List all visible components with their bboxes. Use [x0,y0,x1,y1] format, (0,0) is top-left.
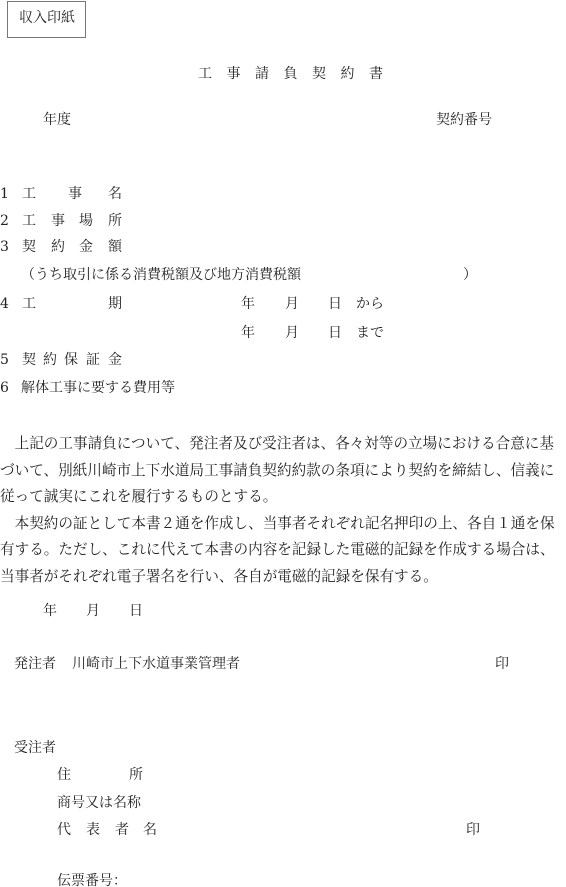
fiscal-year-label: 年度 [43,113,71,127]
period-from-year: 年 [241,297,255,311]
date-year: 年 [43,604,57,618]
period-to-month: 月 [285,326,299,340]
item-construction-site: 2 工 事 場 所 [0,214,14,228]
orderer-seal: 印 [495,657,509,671]
period-from-day: 日 [328,297,342,311]
contract-body: 上記の工事請負について、発注者及び受注者は、各々対等の立場における合意に基づいて… [0,431,566,590]
date-day: 日 [129,604,143,618]
document-title: 工事請負契約書 [198,67,398,81]
date-month: 月 [86,604,100,618]
period-to-suffix: まで [356,326,384,340]
period-from-month: 月 [285,297,299,311]
item-construction-period: 4 工 期 [0,297,14,311]
contractor-seal: 印 [466,823,480,837]
item-contract-amount: 3 契 約 金 額 [0,240,14,254]
period-to-year: 年 [241,326,255,340]
contractor-company-label: 商号又は名称 [57,796,141,810]
item-construction-name: 1 工 事 名 [0,187,14,201]
revenue-stamp-box: 収入印紙 [7,1,86,38]
tax-note: （うち取引に係る消費税額及び地方消費税額 [21,268,301,282]
contractor-address-label-2: 所 [129,768,143,782]
revenue-stamp-label: 収入印紙 [19,7,75,27]
contractor-address-label-1: 住 [57,768,71,782]
item-contract-deposit: 5 契 約 保 証 金 [0,353,14,367]
body-paragraph-2: 本契約の証として本書２通を作成し、当事者それぞれ記名押印の上、各自１通を保有する… [0,511,566,591]
slip-number-label: 伝票番号： [57,874,127,887]
tax-note-close-paren: ） [463,268,477,282]
period-to-day: 日 [328,326,342,340]
contractor-label: 受注者 [14,741,56,755]
orderer-name: 川崎市上下水道事業管理者 [72,657,240,671]
contract-number-label: 契約番号 [436,113,492,127]
item-demolition-cost: 6 解体工事に要する費用等 [0,381,14,395]
orderer-label: 発注者 [14,657,56,671]
body-paragraph-1: 上記の工事請負について、発注者及び受注者は、各々対等の立場における合意に基づいて… [0,431,566,511]
period-from-suffix: から [356,297,384,311]
